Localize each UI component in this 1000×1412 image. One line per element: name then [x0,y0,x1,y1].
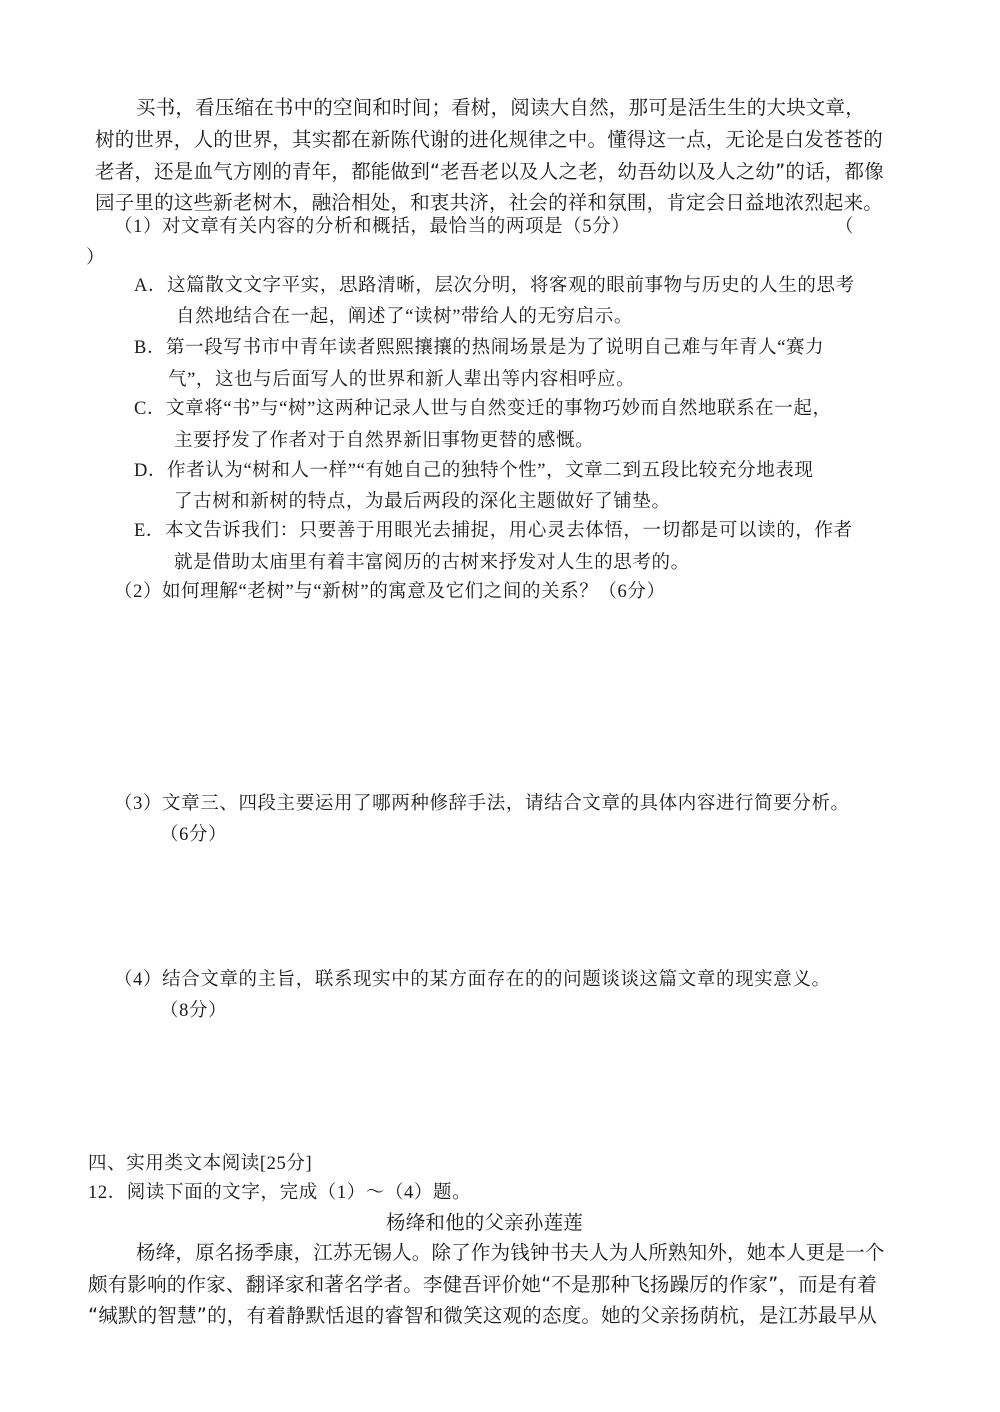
section-4-heading: 四、实用类文本阅读[25分] [88,1149,312,1175]
option-a-line-1: A．这篇散文文字平实，思路清晰，层次分明，将客观的眼前事物与历史的人生的思考 [134,271,855,297]
passage-line-1: 买书，看压缩在书中的空间和时间；看树，阅读大自然，那可是活生生的大块文章， [136,92,865,120]
article-line-3: “缄默的智慧”的，有着静默恬退的睿智和微笑这观的态度。她的父亲扬荫杭，是江苏最早… [88,1300,877,1328]
option-e-line-1: E．本文告诉我们：只要善于用眼光去捕捉，用心灵去体悟，一切都是可以读的，作者 [134,516,853,542]
question-3-line-2: （6分） [160,820,227,846]
article-title: 杨绛和他的父亲孙莲莲 [386,1207,583,1235]
question-1-stem: （1）对文章有关内容的分析和概括，最恰当的两项是（5分） [114,212,630,238]
question-4-line-2: （8分） [160,996,227,1022]
option-a-line-2: 自然地结合在一起，阐述了“读树”带给人的无穷启示。 [176,302,633,328]
option-c-line-2: 主要抒发了作者对于自然界新旧事物更替的感慨。 [174,426,594,452]
answer-paren-close: ） [86,243,105,269]
option-d-line-1: D．作者认为“树和人一样”“有她自己的独特个性”，文章二到五段比较充分地表现 [134,456,814,482]
option-b-line-1: B．第一段写书市中青年读者熙熙攘攘的热闹场景是为了说明自己难与年青人“赛力 [134,333,824,359]
passage-line-3: 老者，还是血气方刚的青年，都能做到“老吾老以及人之老，幼吾幼以及人之幼”的话，都… [95,156,884,184]
option-b-line-2: 气”，这也与后面写人的世界和新人辈出等内容相呼应。 [168,365,635,391]
exam-page: 买书，看压缩在书中的空间和时间；看树，阅读大自然，那可是活生生的大块文章， 树的… [0,0,1000,1412]
passage-line-2: 树的世界，人的世界，其实都在新陈代谢的进化规律之中。懂得这一点，无论是白发苍苍的 [95,124,883,152]
option-d-line-2: 了古树和新树的特点，为最后两段的深化主题做好了铺垫。 [174,487,671,513]
question-2-stem: （2）如何理解“老树”与“新树”的寓意及它们之间的关系？（6分） [114,577,666,603]
passage-line-4: 园子里的这些新老树木，融洽相处，和衷共济，社会的祥和氛围，肯定会日益地浓烈起来。 [95,187,883,215]
answer-paren-open: （ [835,212,854,238]
article-line-2: 颇有影响的作家、翻译家和著名学者。李健吾评价她“不是那种飞扬躁厉的作家”，而是有… [88,1269,877,1297]
article-line-1: 杨绛，原名扬季康，江苏无锡人。除了作为钱钟书夫人为人所熟知外，她本人更是一个 [136,1237,885,1265]
option-e-line-2: 就是借助太庙里有着丰富阅历的古树来抒发对人生的思考的。 [174,548,690,574]
question-4-line-1: （4）结合文章的主旨，联系现实中的某方面存在的的问题谈谈这篇文章的现实意义。 [114,965,831,991]
question-12-stem: 12．阅读下面的文字，完成（1）～（4）题。 [88,1178,471,1204]
option-c-line-1: C．文章将“书”与“树”这两种记录人世与自然变迁的事物巧妙而自然地联系在一起， [134,394,832,420]
question-3-line-1: （3）文章三、四段主要运用了哪两种修辞手法，请结合文章的具体内容进行简要分析。 [114,789,850,815]
